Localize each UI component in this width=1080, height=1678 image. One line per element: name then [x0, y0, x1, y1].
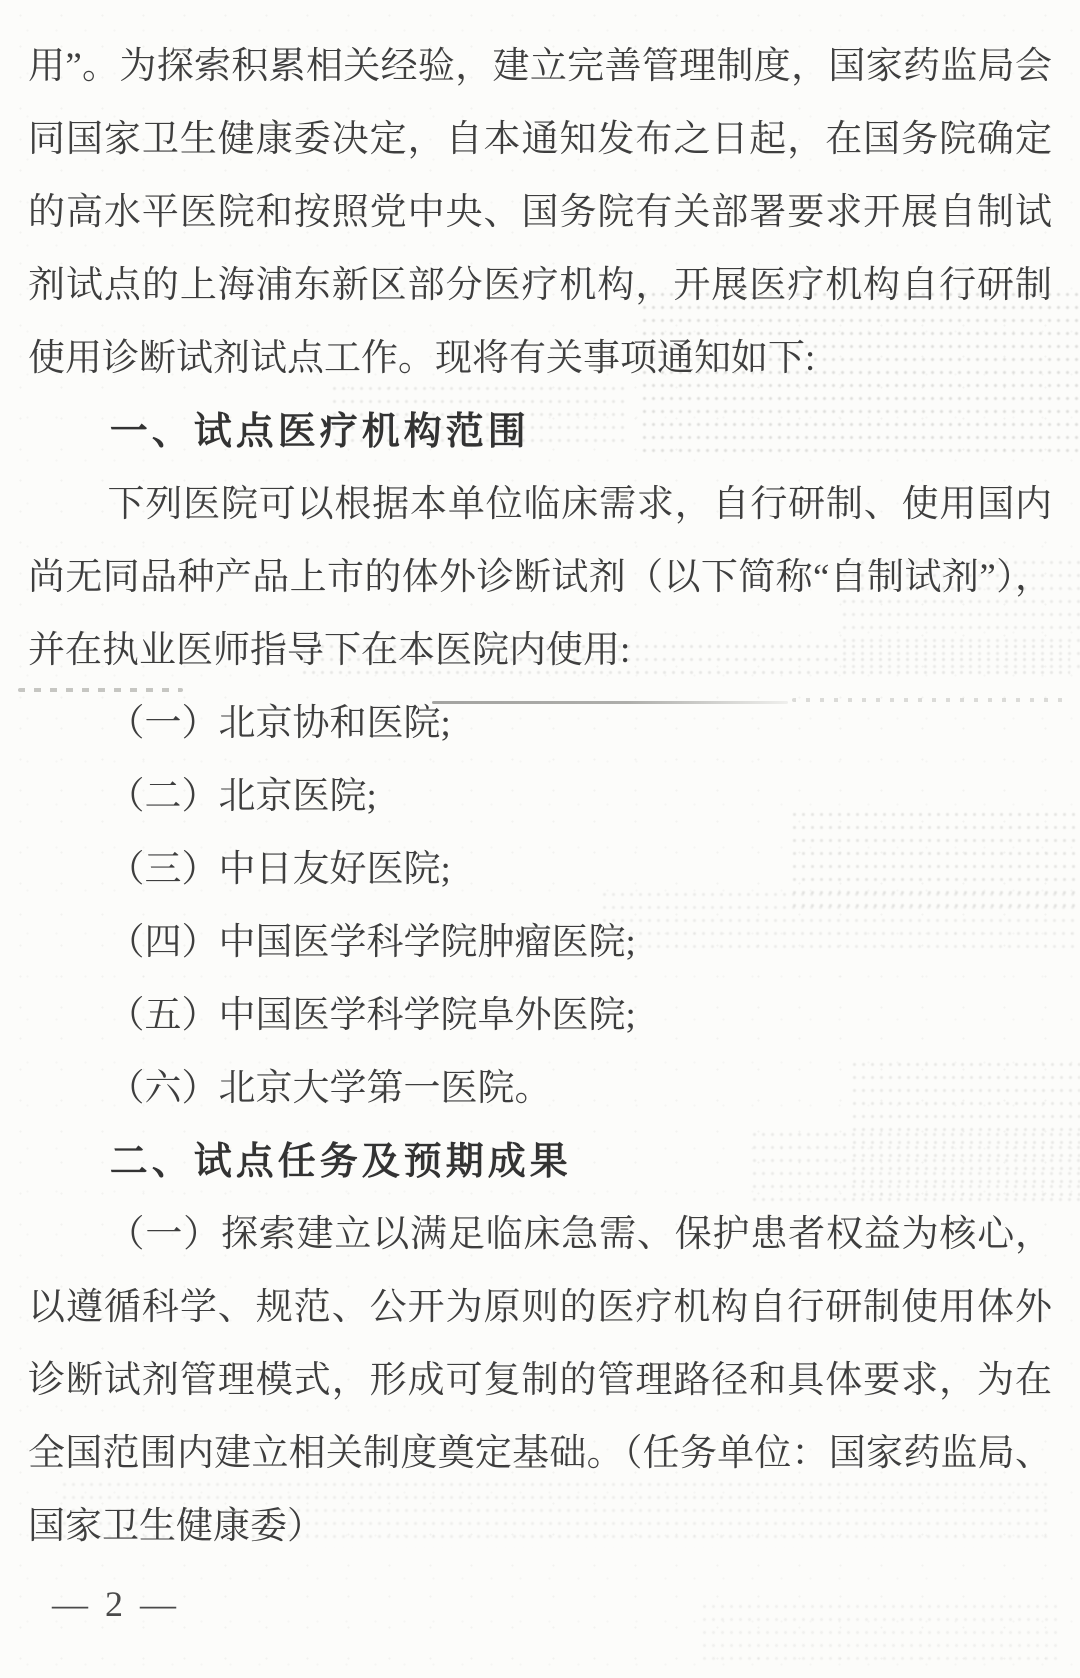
hospital-list-item-3: （三）中日友好医院; [28, 833, 1052, 906]
hospital-list-item-2: （二）北京医院; [28, 760, 1052, 833]
hospital-list-item-1: （一）北京协和医院; [28, 687, 1052, 760]
hospital-list-item-4: （四）中国医学科学院肿瘤医院; [28, 906, 1052, 979]
document-body: 用”。为探索积累相关经验，建立完善管理制度，国家药监局会同国家卫生健康委决定，自… [28, 30, 1052, 1563]
section-2-heading: 二、试点任务及预期成果 [28, 1125, 1052, 1198]
paragraph-continuation: 用”。为探索积累相关经验，建立完善管理制度，国家药监局会同国家卫生健康委决定，自… [28, 30, 1052, 395]
page-number: — 2 — [52, 1583, 180, 1625]
scan-artifact-bleedthrough [700, 1600, 1060, 1660]
hospital-list-item-5: （五）中国医学科学院阜外医院; [28, 979, 1052, 1052]
section-1-heading: 一、试点医疗机构范围 [28, 395, 1052, 468]
hospital-list-item-6: （六）北京大学第一医院。 [28, 1052, 1052, 1125]
scanned-document-page: 用”。为探索积累相关经验，建立完善管理制度，国家药监局会同国家卫生健康委决定，自… [0, 0, 1080, 1678]
paragraph-pilot-scope: 下列医院可以根据本单位临床需求，自行研制、使用国内尚无同品种产品上市的体外诊断试… [28, 468, 1052, 687]
paragraph-task-1: （一）探索建立以满足临床急需、保护患者权益为核心，以遵循科学、规范、公开为原则的… [28, 1198, 1052, 1563]
